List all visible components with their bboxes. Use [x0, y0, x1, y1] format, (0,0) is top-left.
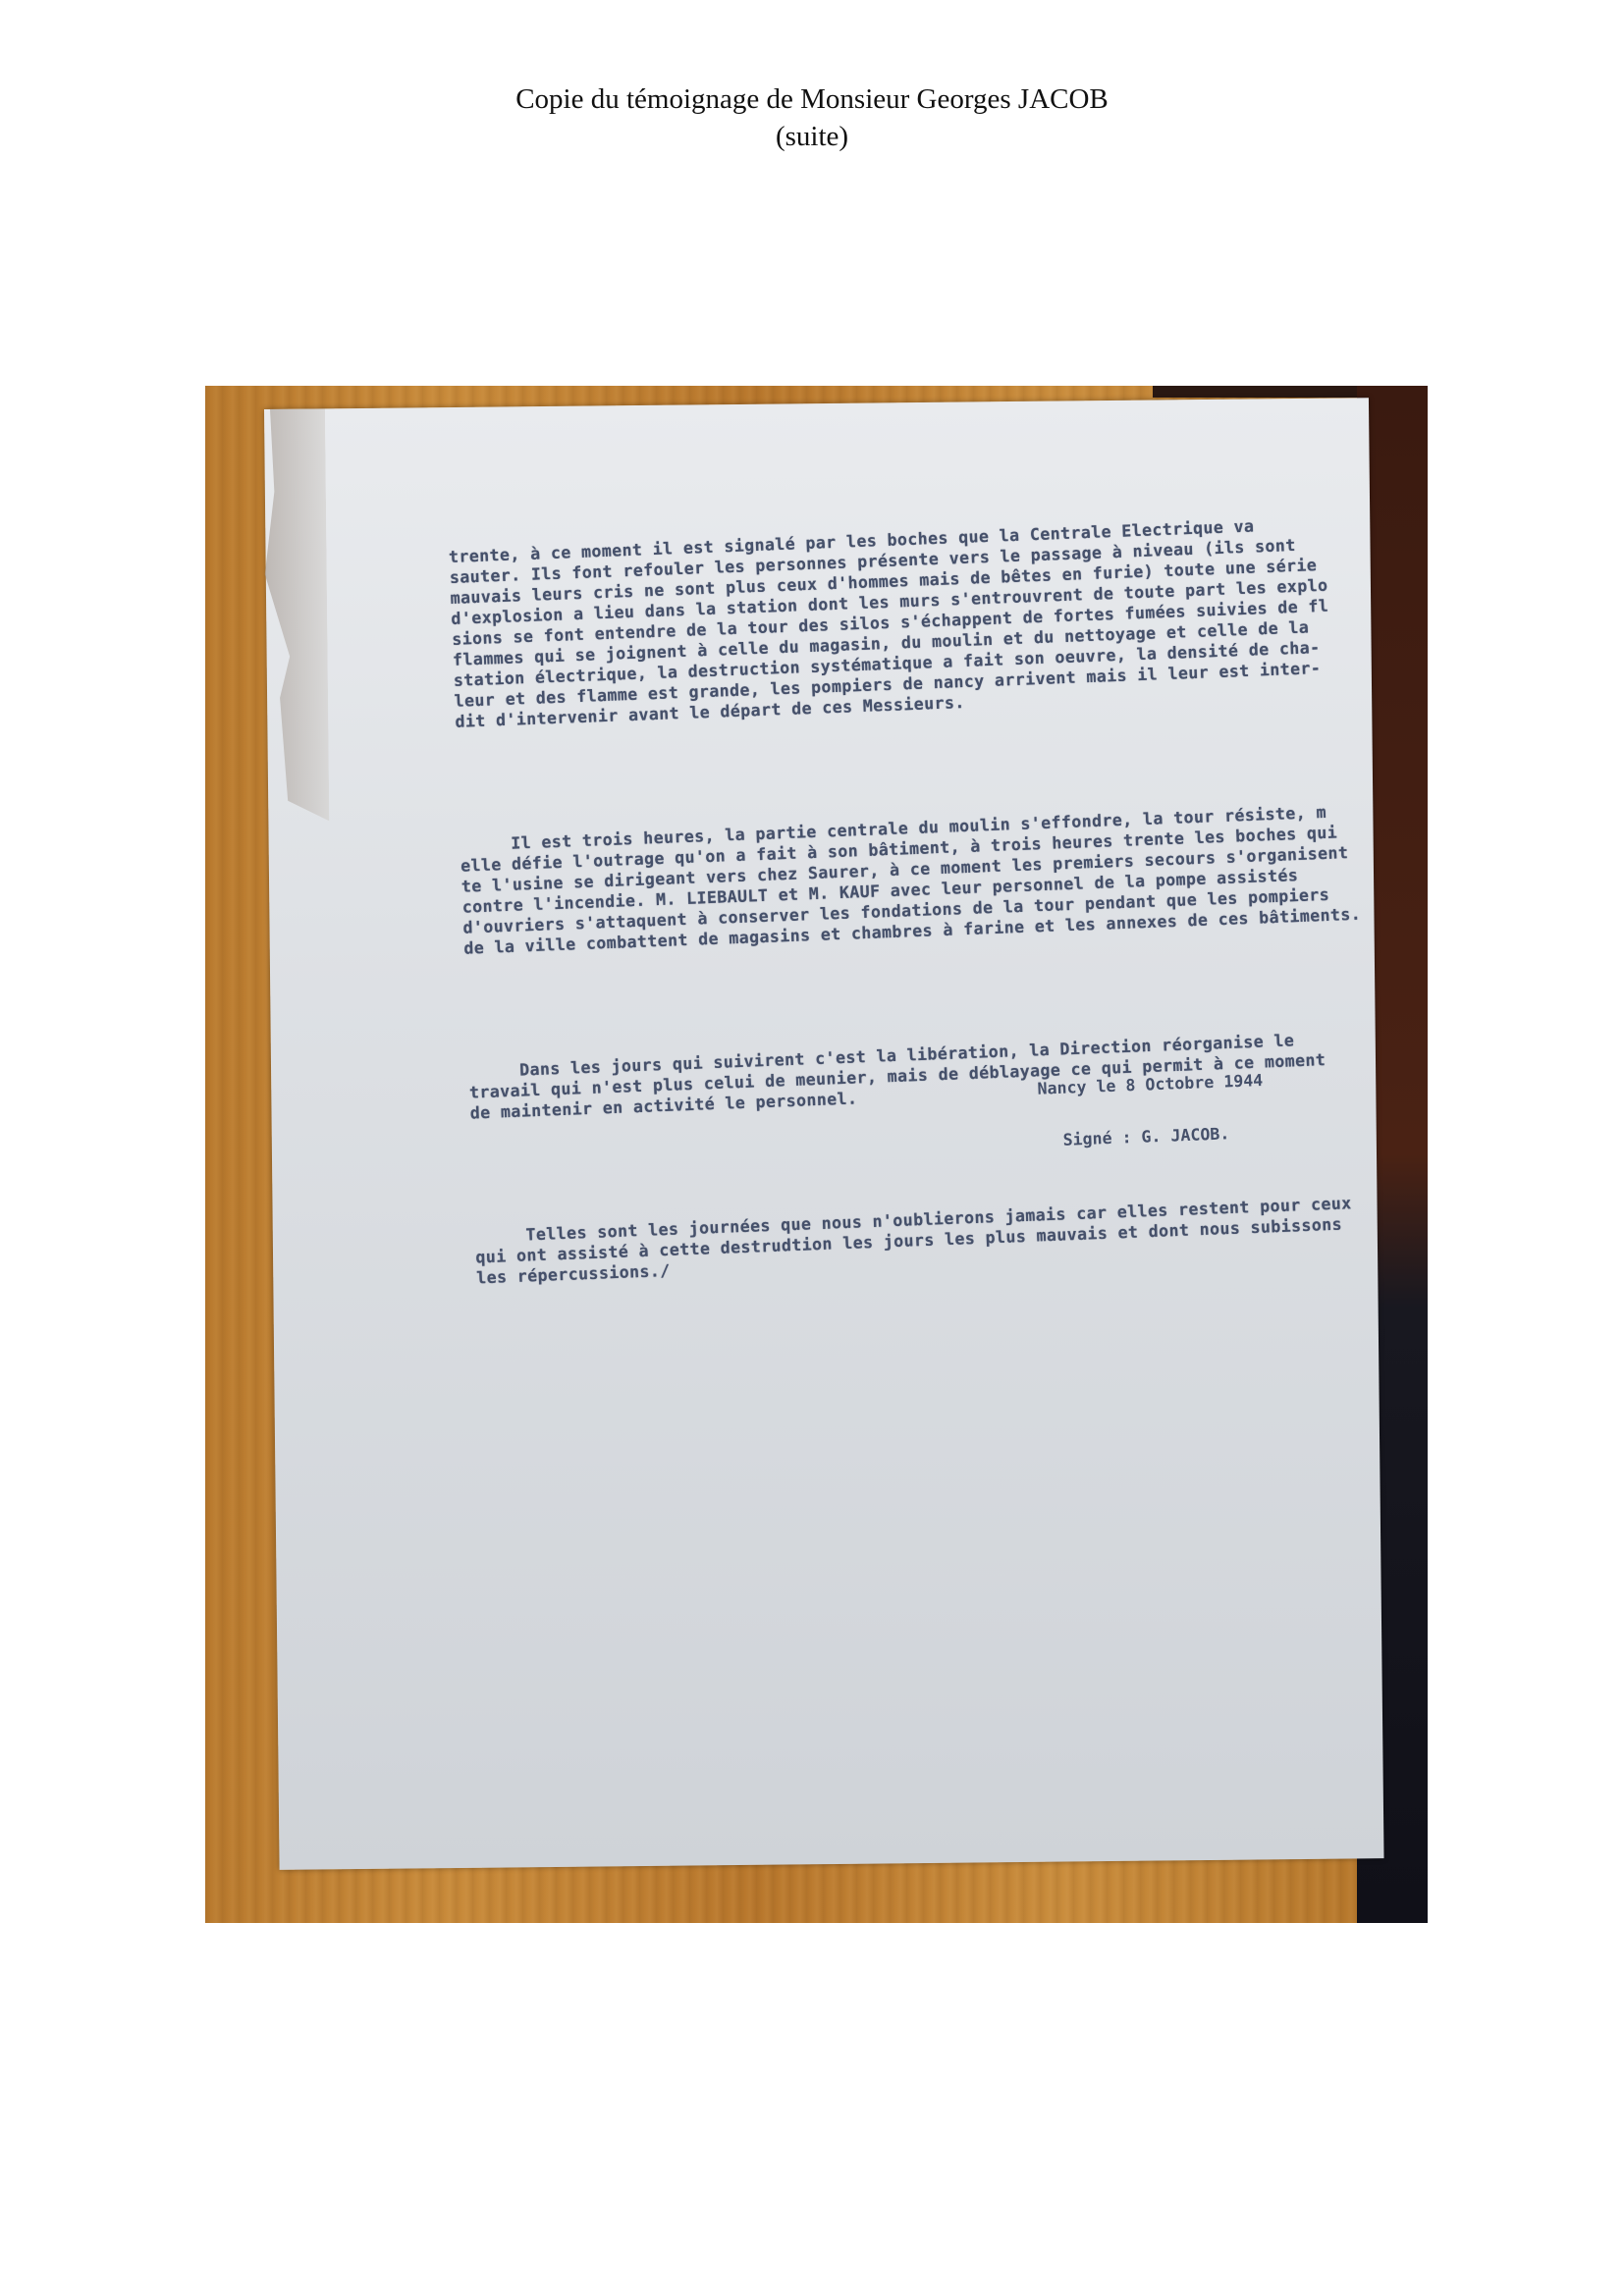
document-photo: trente, à ce moment il est signalé par l…	[205, 386, 1428, 1923]
paragraph-4: Telles sont les journées que nous n'oubl…	[473, 1147, 1428, 1329]
paragraph-3: Dans les jours qui suivirent c'est la li…	[466, 983, 1428, 1165]
document-subtitle: (suite)	[0, 118, 1624, 155]
page-header: Copie du témoignage de Monsieur Georges …	[0, 80, 1624, 155]
paragraph-1: trente, à ce moment il est signalé par l…	[447, 467, 1428, 774]
document-title: Copie du témoignage de Monsieur Georges …	[0, 80, 1624, 118]
typewritten-page: trente, à ce moment il est signalé par l…	[264, 398, 1384, 1870]
closing-block: Nancy le 8 Octobre 1944 Signé : G. JACOB…	[1037, 1070, 1265, 1151]
typed-body: trente, à ce moment il est signalé par l…	[447, 467, 1428, 1351]
torn-edge	[256, 408, 329, 822]
paragraph-2: Il est trois heures, la partie centrale …	[458, 756, 1428, 1000]
